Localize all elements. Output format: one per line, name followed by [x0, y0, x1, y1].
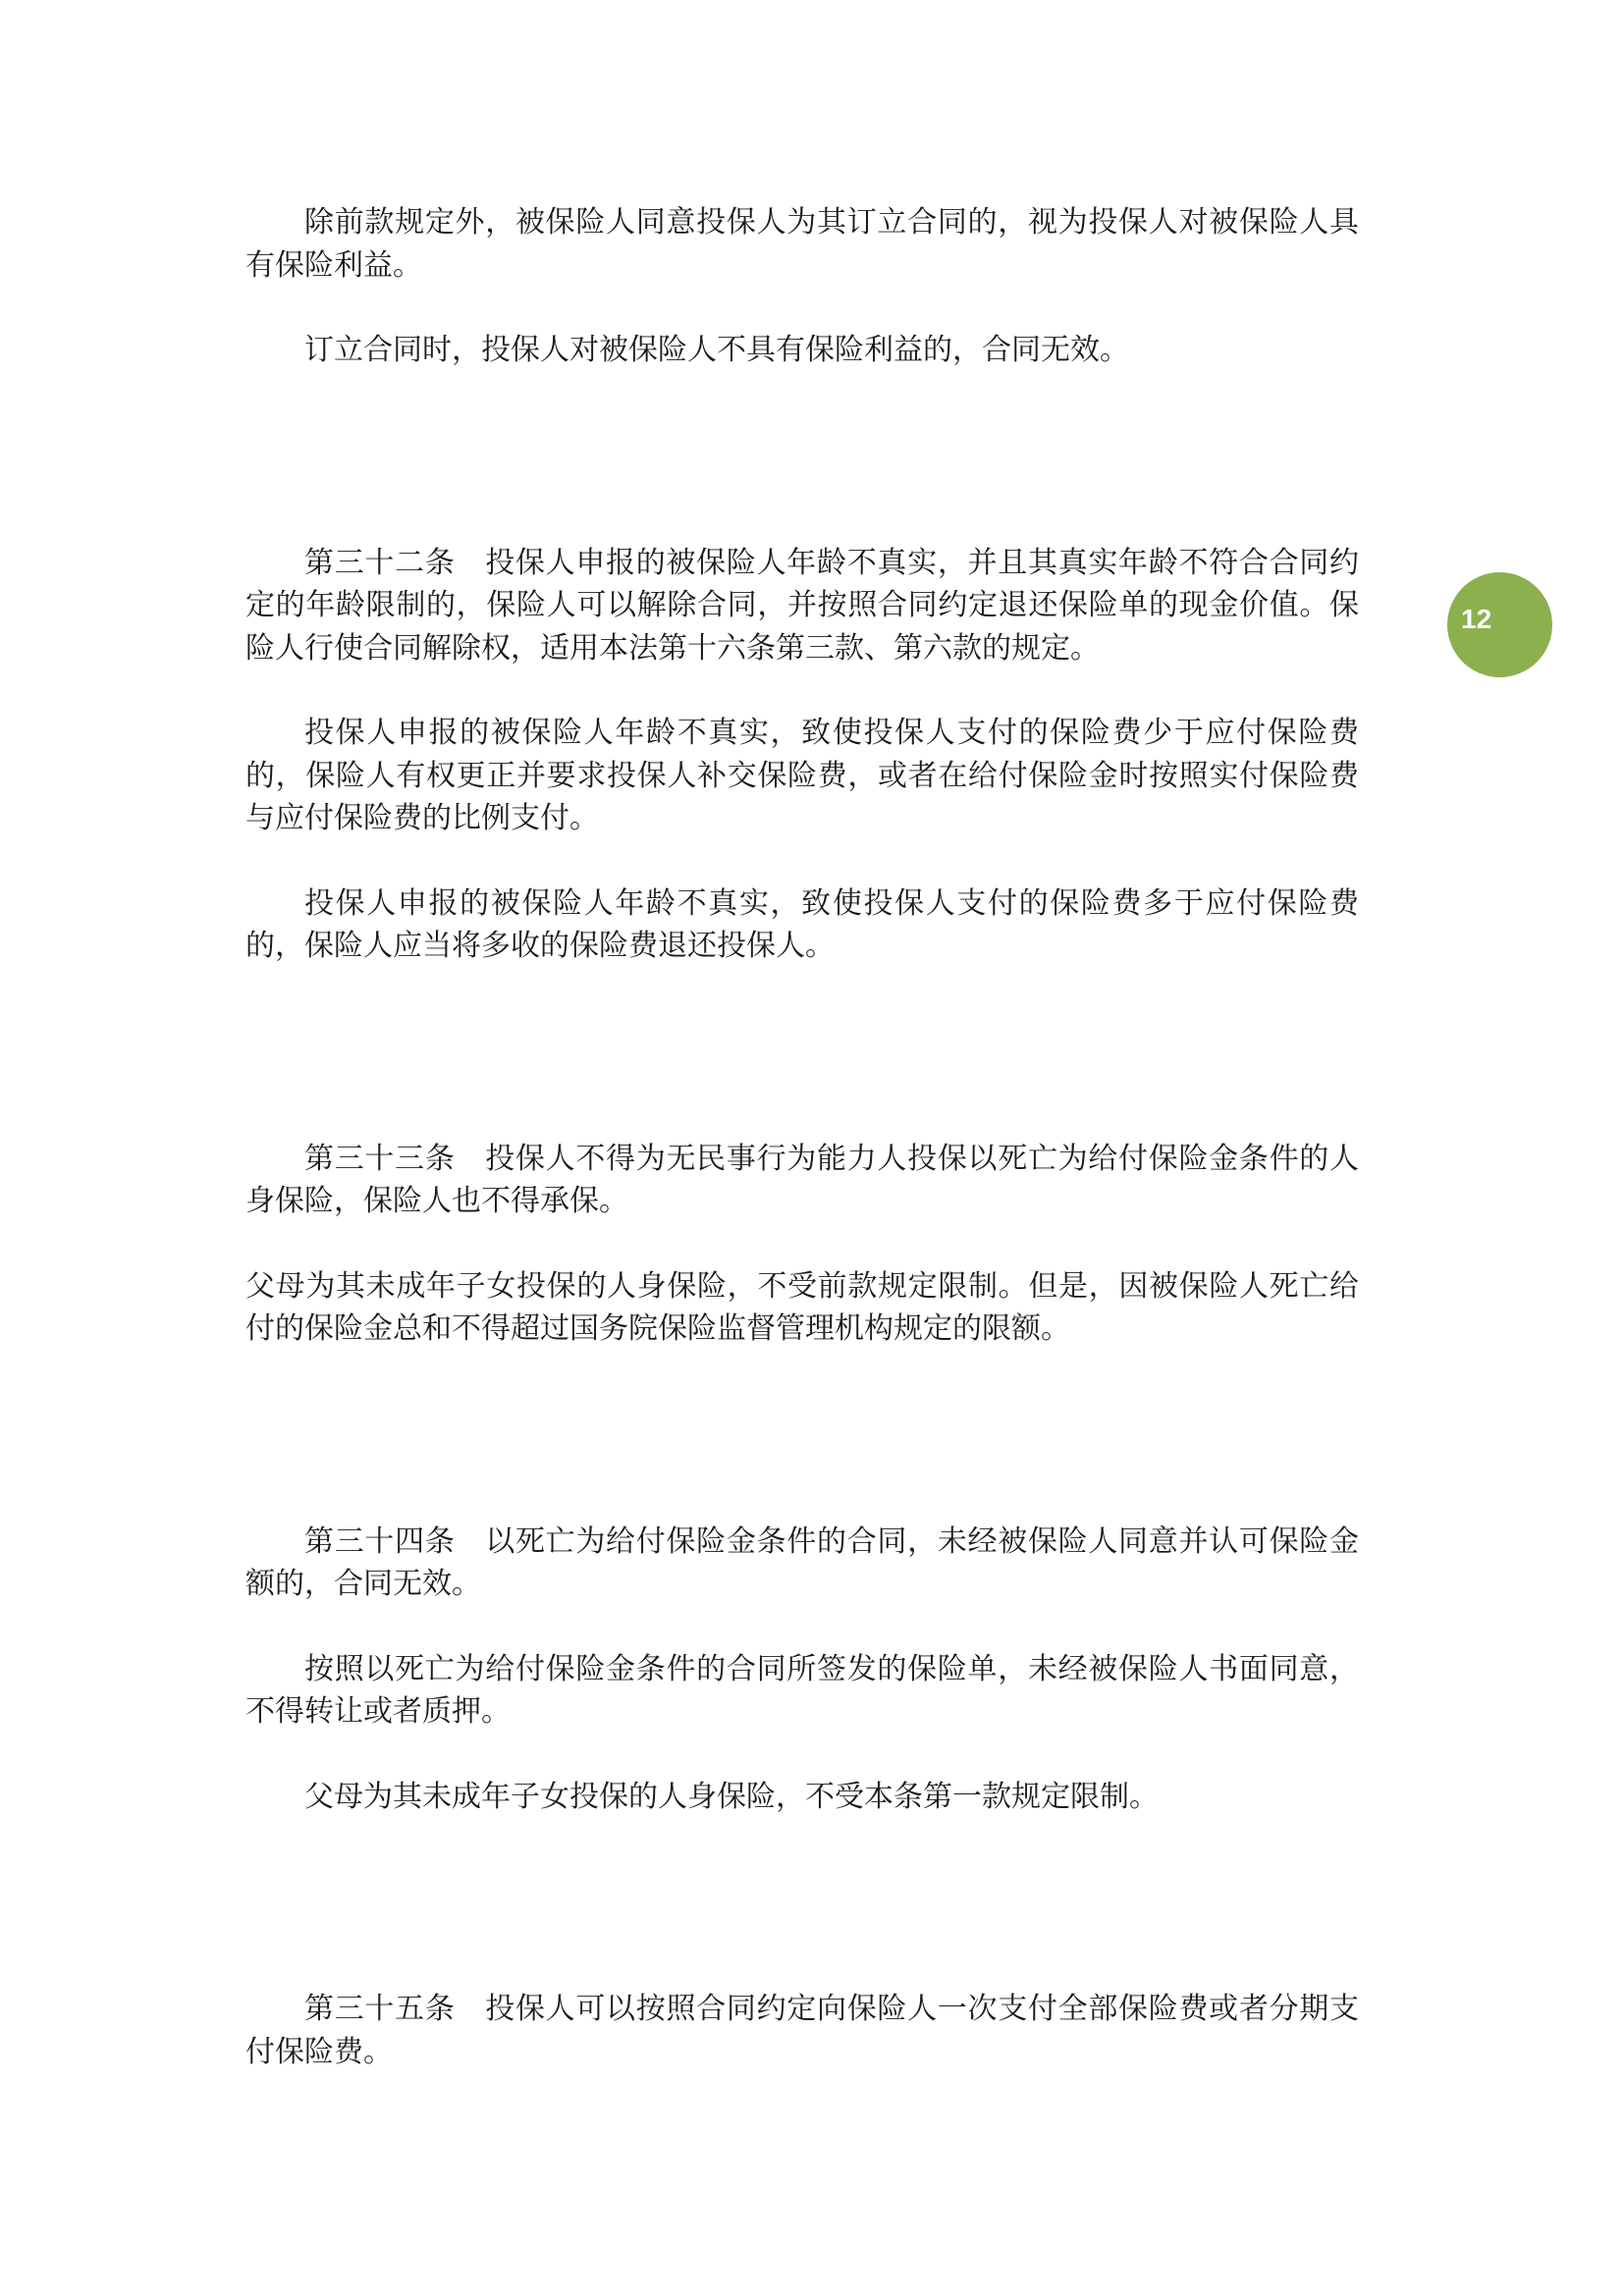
- paragraph: 第三十五条 投保人可以按照合同约定向保险人一次支付全部保险费或者分期支付保险费。: [245, 1988, 1359, 2073]
- document-page: 除前款规定外，被保险人同意投保人为其订立合同的，视为投保人对被保险人具有保险利益…: [0, 0, 1624, 2296]
- page-number-badge: 12: [1447, 572, 1552, 677]
- paragraph: 父母为其未成年子女投保的人身保险，不受本条第一款规定限制。: [245, 1776, 1359, 1819]
- paragraph: 第三十三条 投保人不得为无民事行为能力人投保以死亡为给付保险金条件的人身保险，保…: [245, 1138, 1359, 1223]
- paragraph: 除前款规定外，被保险人同意投保人为其订立合同的，视为投保人对被保险人具有保险利益…: [245, 201, 1359, 287]
- page-number: 12: [1447, 604, 1491, 635]
- paragraph: 第三十四条 以死亡为给付保险金条件的合同，未经被保险人同意并认可保险金额的，合同…: [245, 1521, 1359, 1606]
- document-text: 除前款规定外，被保险人同意投保人为其订立合同的，视为投保人对被保险人具有保险利益…: [245, 201, 1359, 2073]
- paragraph: 投保人申报的被保险人年龄不真实，致使投保人支付的保险费少于应付保险费的，保险人有…: [245, 712, 1359, 840]
- paragraph: 按照以死亡为给付保险金条件的合同所签发的保险单，未经被保险人书面同意，不得转让或…: [245, 1648, 1359, 1734]
- paragraph: 订立合同时，投保人对被保险人不具有保险利益的，合同无效。: [245, 329, 1359, 372]
- paragraph: 父母为其未成年子女投保的人身保险，不受前款规定限制。但是，因被保险人死亡给付的保…: [245, 1265, 1359, 1351]
- paragraph: 投保人申报的被保险人年龄不真实，致使投保人支付的保险费多于应付保险费的，保险人应…: [245, 882, 1359, 968]
- paragraph: 第三十二条 投保人申报的被保险人年龄不真实，并且其真实年龄不符合合同约定的年龄限…: [245, 542, 1359, 670]
